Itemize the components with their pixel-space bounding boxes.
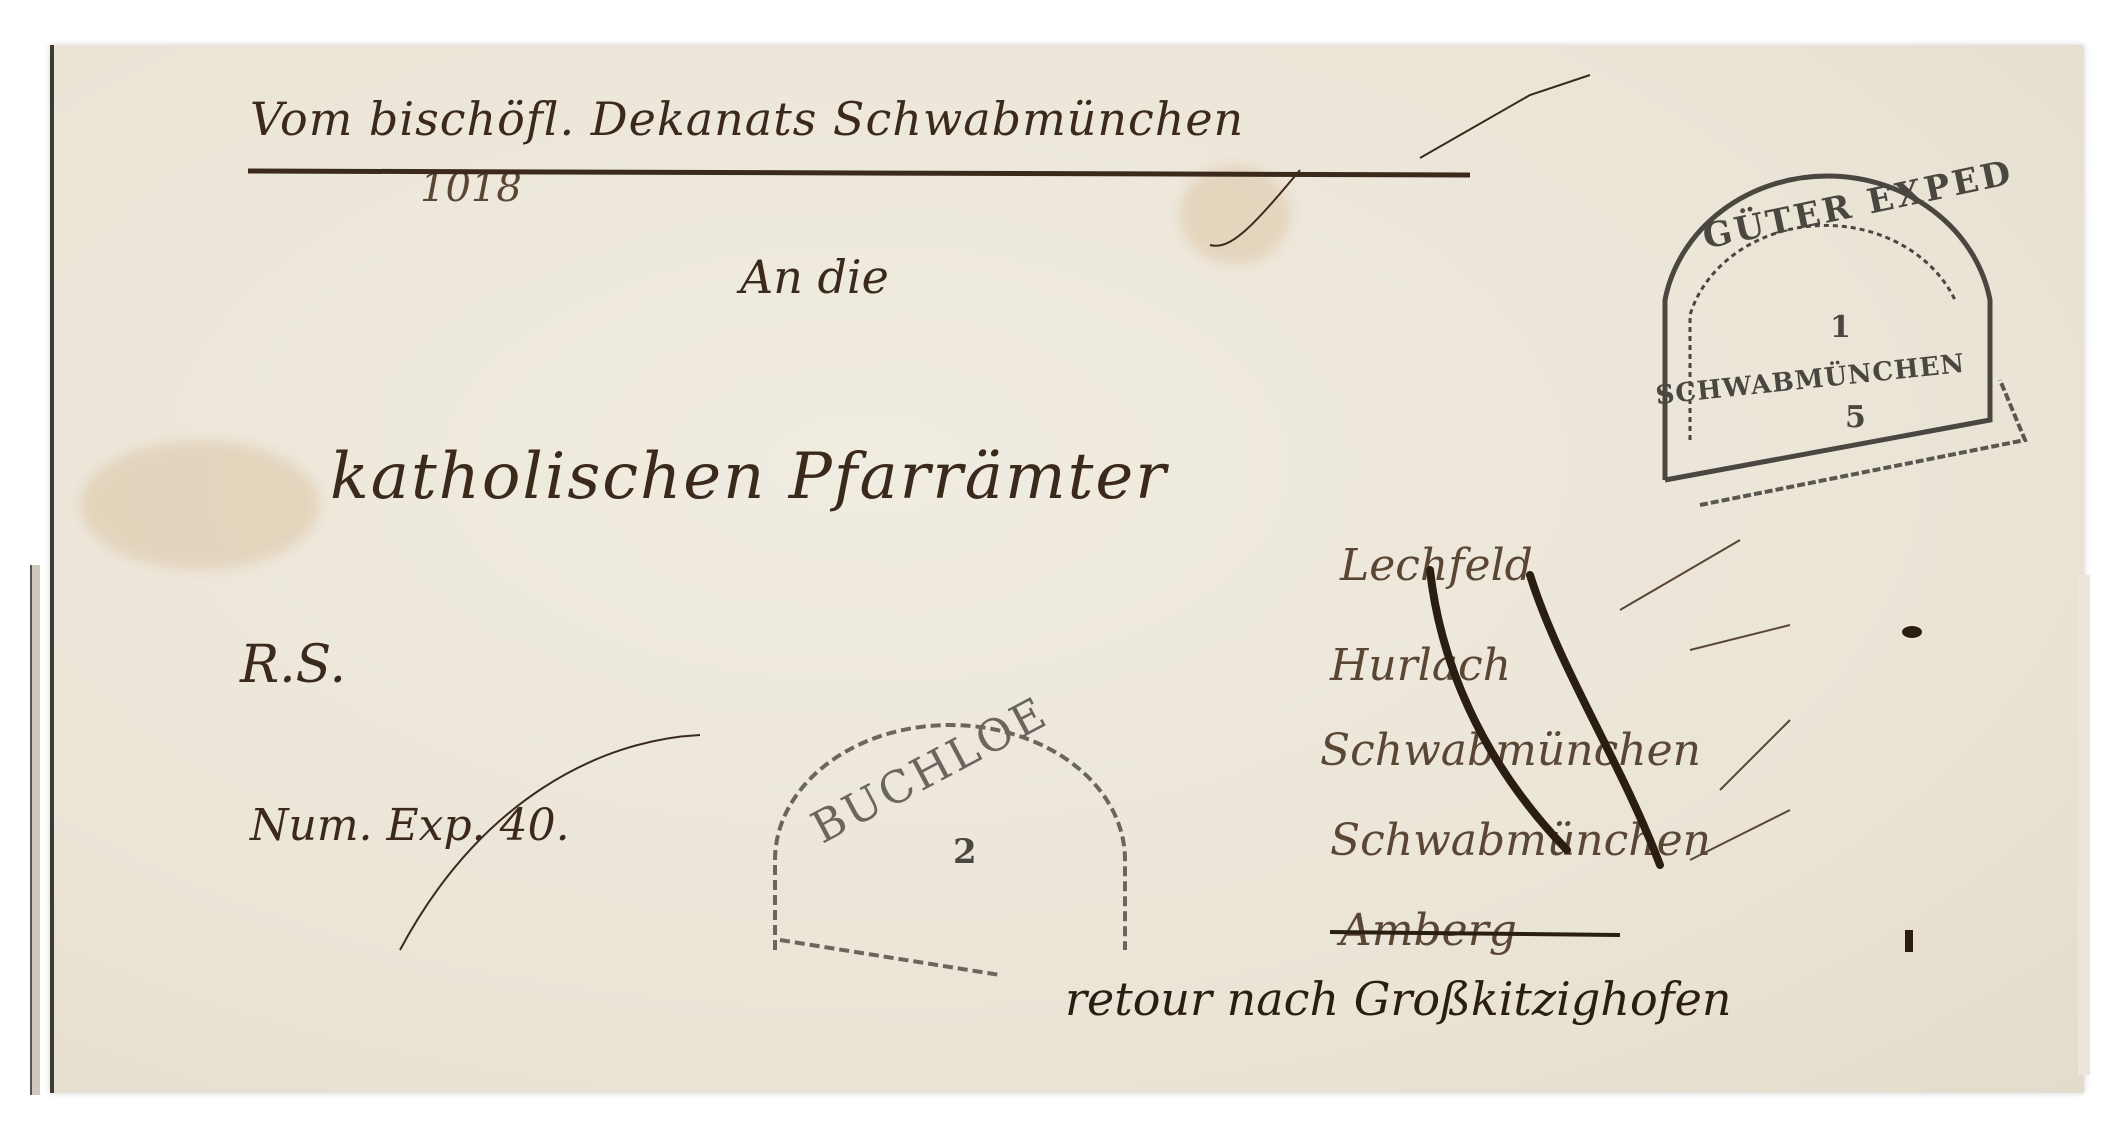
recipient-struck: Hurlach bbox=[1330, 640, 1511, 691]
left-postmark-number: 2 bbox=[953, 832, 980, 872]
stain bbox=[80, 440, 320, 570]
sender-line: Vom bischöfl. Dekanats Schwabmünchen bbox=[250, 92, 1244, 146]
right-postmark-center: 1 bbox=[1830, 310, 1854, 345]
right-fold-flap bbox=[2078, 575, 2090, 1075]
stain bbox=[1180, 165, 1290, 265]
recipient-struck: Lechfeld bbox=[1340, 540, 1533, 591]
reference-number: Num. Exp. 40. bbox=[250, 800, 570, 851]
mark-rs: R.S. bbox=[240, 635, 346, 695]
left-fold-flap bbox=[30, 565, 40, 1095]
right-postmark-number: 5 bbox=[1845, 400, 1869, 435]
recipient-struck: Amberg bbox=[1340, 905, 1517, 956]
sender-annotation: 1018 bbox=[420, 165, 522, 211]
recipient-struck: Schwabmünchen bbox=[1330, 815, 1711, 866]
recipient-struck: Schwabmünchen bbox=[1320, 725, 1701, 776]
return-note: retour nach Großkitzighofen bbox=[1065, 972, 1732, 1026]
addressee: katholischen Pfarrämter bbox=[330, 440, 1168, 514]
salutation: An die bbox=[740, 250, 889, 304]
